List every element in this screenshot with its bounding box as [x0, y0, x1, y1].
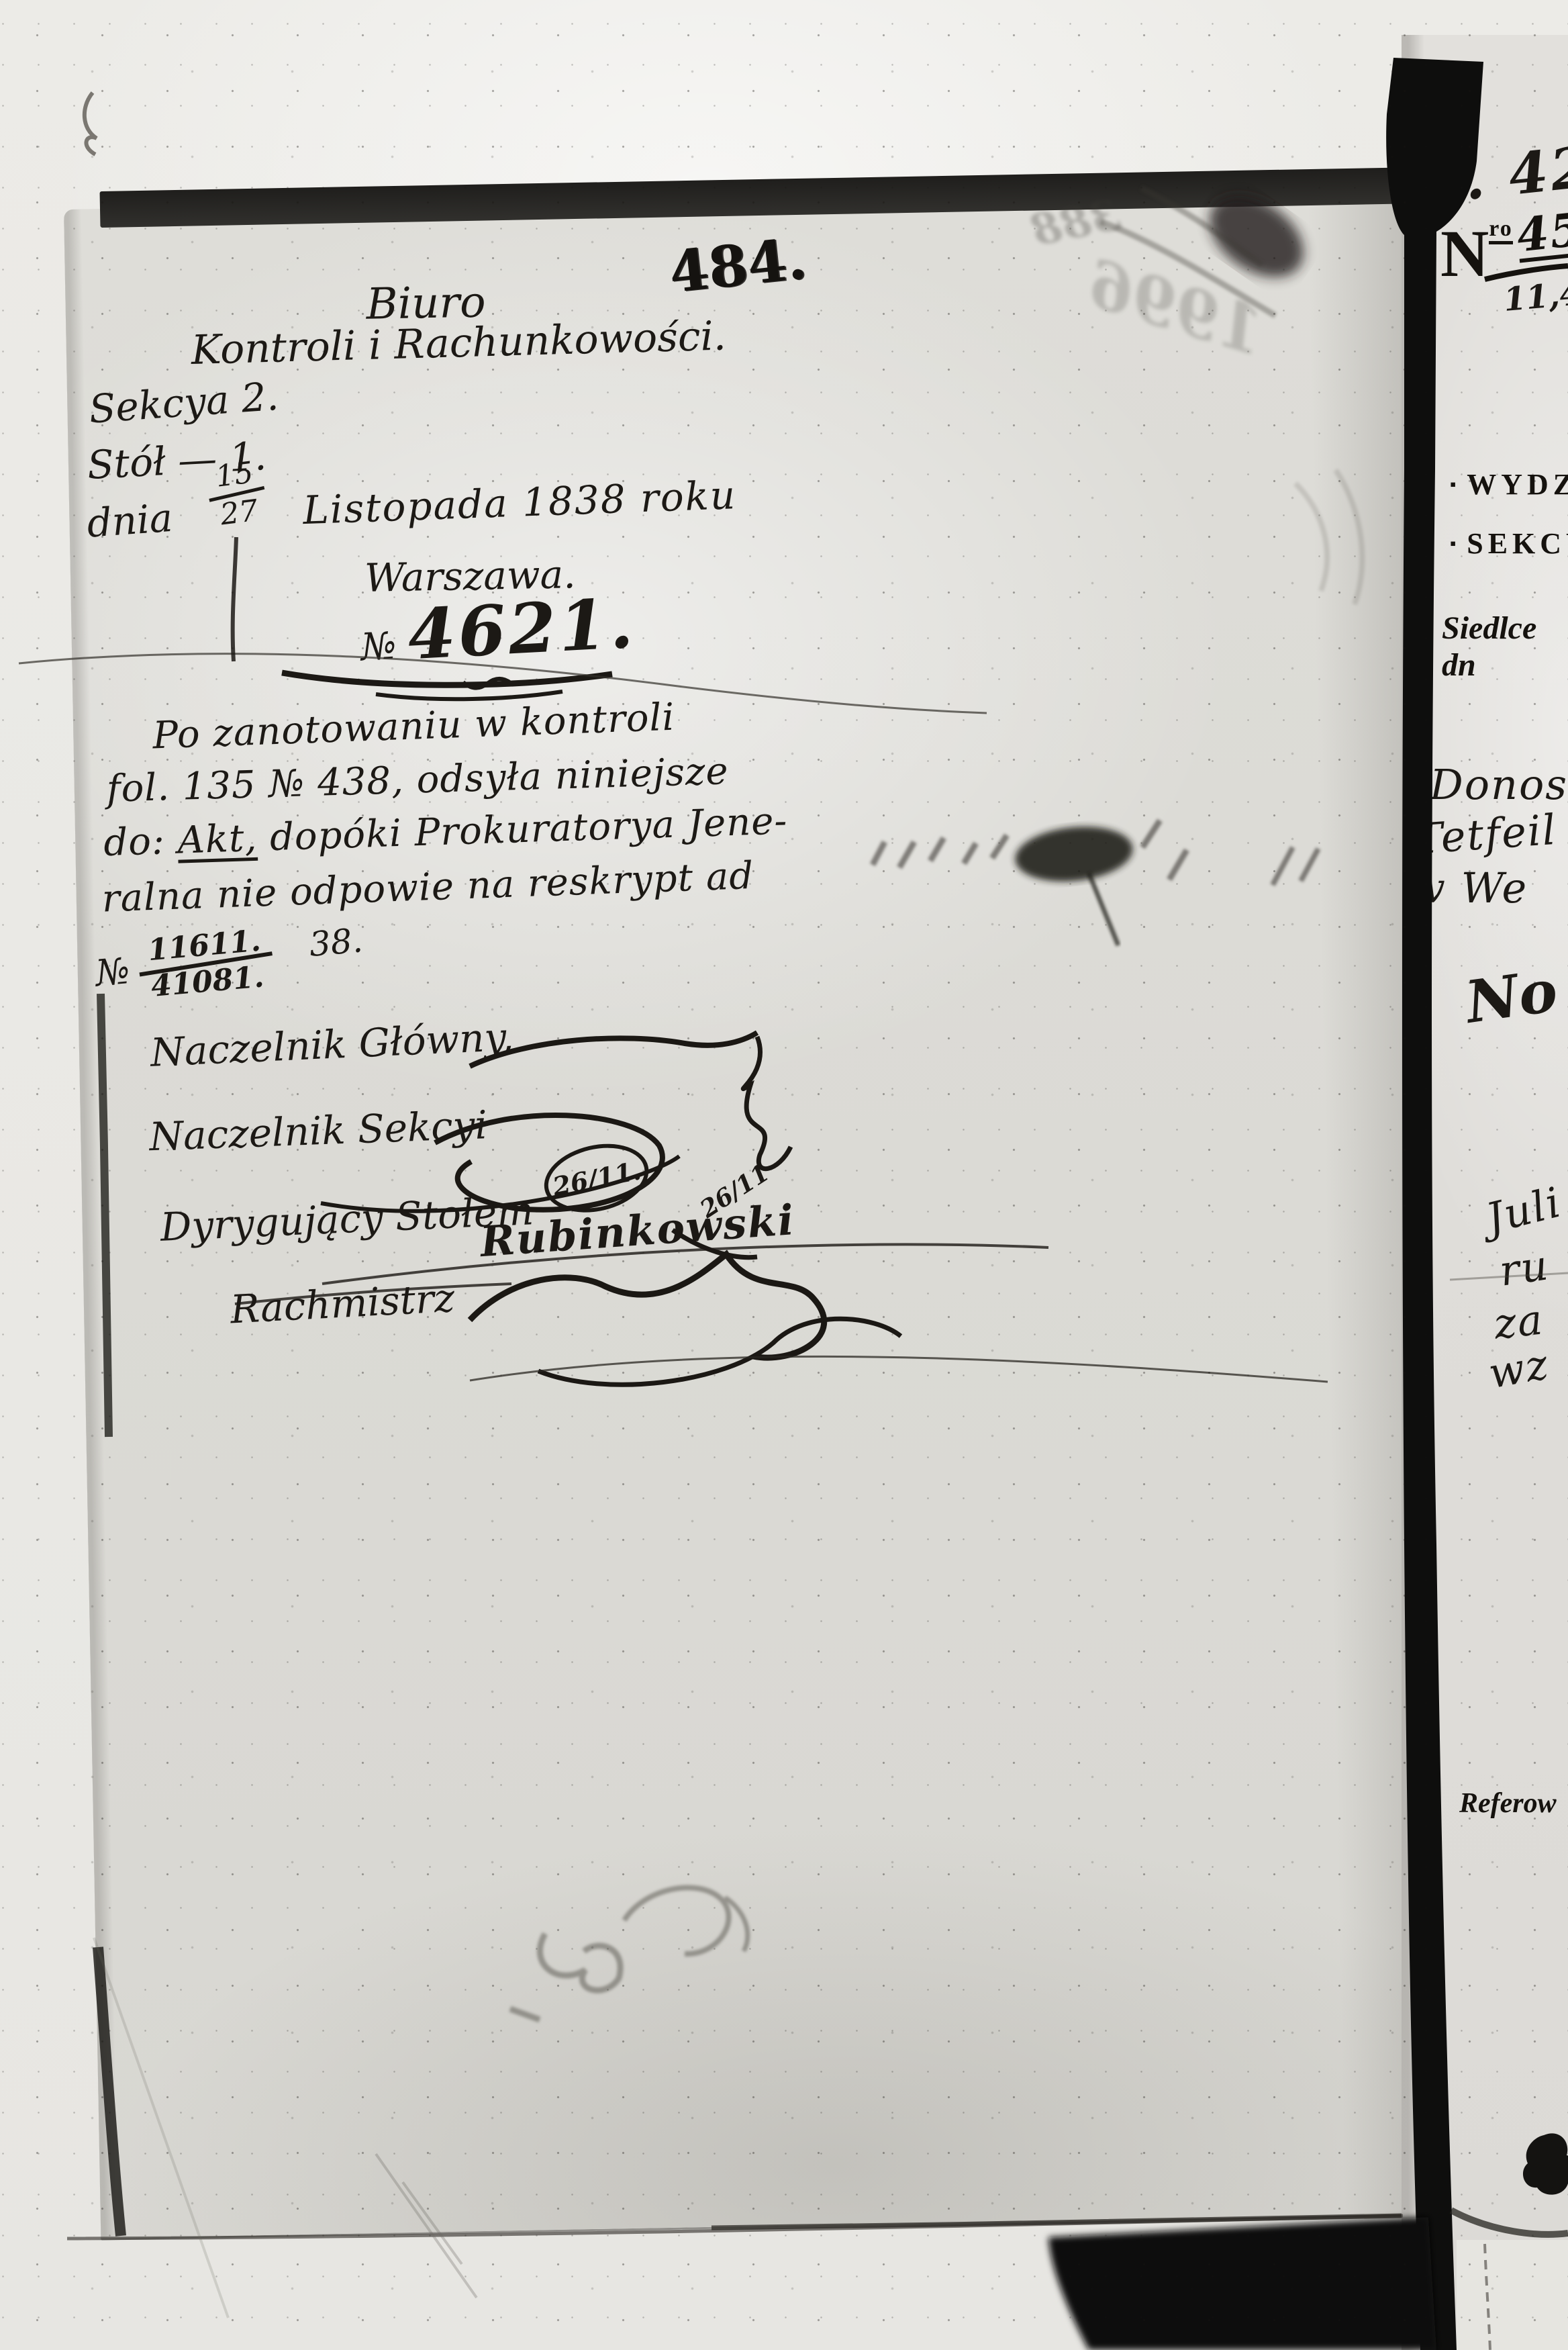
body-line-3-prefix: do: — [103, 819, 165, 865]
body-line-3-rest: dopóki Prokuratorya Jene- — [269, 799, 788, 859]
date-day-fraction: 15 27 — [205, 457, 269, 532]
right-sub-number: 11,4 — [1502, 277, 1568, 316]
signature-role-section-chief: Naczelnik Sekcyi — [148, 1105, 487, 1156]
right-handwritten-number: N. 42 — [1411, 138, 1568, 213]
right-hand-line-2: Tetfeil — [1414, 809, 1558, 861]
right-hand-big-initial: No — [1463, 962, 1561, 1032]
signature-role-chief: Naczelnik Główny, — [150, 1017, 514, 1072]
signature-role-accountant: Rachmistrz — [230, 1278, 456, 1329]
right-hand-line-7: wz — [1485, 1344, 1552, 1395]
body-line-2: fol. 135 № 438, odsyła niniejsze — [106, 753, 729, 808]
ink-bleedthrough-mark: 1996 — [1079, 245, 1273, 370]
right-hand-line-4: Juli — [1482, 1181, 1565, 1239]
corner-pen-mark — [85, 93, 97, 154]
printed-number-digits: 453 — [1514, 203, 1568, 263]
scanned-document: 484. Biuro Kontroli i Rachunkowości. Sek… — [0, 0, 1568, 2350]
date-day-new-style: 27 — [219, 496, 260, 530]
right-page-partial: N. 42 Nro453 11,4 ▪ WYDZ ▪ SEKCY Siedlce… — [1402, 35, 1568, 2350]
body-line-4: ralna nie odpowie na reskrypt ad — [101, 857, 754, 919]
right-hand-line-5: ru — [1497, 1244, 1551, 1292]
reference-number-prefix: № — [94, 953, 132, 992]
right-dept-row: ▪ WYDZ — [1450, 470, 1568, 500]
referral-label: Referow — [1459, 1787, 1557, 1820]
dept-label: WYDZ — [1467, 470, 1568, 500]
date-month-year: Listopada 1838 roku — [302, 475, 737, 530]
section-label: SEKCY — [1467, 529, 1568, 559]
document-number: № 4621. — [358, 589, 637, 672]
oval-date-value: 26/11. — [550, 1155, 643, 1202]
printed-number-letter: N — [1440, 216, 1489, 291]
body-line-3-underlined-word: Akt, — [177, 816, 258, 863]
right-hand-line-1: Donos — [1430, 764, 1568, 806]
date-prefix: dnia — [86, 498, 174, 543]
date-day-old-style: 15 — [214, 458, 255, 492]
right-hand-line-6: za — [1492, 1299, 1546, 1345]
bottom-shadow — [1048, 2217, 1436, 2350]
place-date-label: Siedlce dn — [1442, 610, 1568, 684]
right-printed-number: Nro453 — [1440, 208, 1568, 287]
document-number-prefix: № — [360, 627, 397, 672]
office-name-line2: Kontroli i Rachunkowości. — [191, 316, 726, 371]
page-top-binding-band — [100, 167, 1404, 228]
left-page: 484. Biuro Kontroli i Rachunkowości. Sek… — [64, 185, 1438, 2238]
reference-year: 38. — [308, 923, 364, 961]
square-bullet-icon: ▪ — [1450, 535, 1456, 553]
body-line-1: Po zanotowaniu w kontroli — [152, 699, 675, 755]
reference-number-line: № 11611. 41081. 38. — [93, 917, 366, 1006]
right-hand-line-3: w We — [1410, 867, 1528, 909]
folio-number: 484. — [667, 230, 809, 301]
document-number-value: 4621. — [406, 589, 637, 669]
right-section-row: ▪ SEKCY — [1450, 529, 1568, 559]
body-line-3: do: Akt, dopóki Prokuratorya Jene- — [103, 802, 788, 862]
reference-number-fraction: 11611. 41081. — [136, 925, 276, 1002]
printed-number-superscript: ro — [1489, 216, 1512, 244]
section-line: Sekcya 2. — [88, 377, 280, 429]
square-bullet-icon: ▪ — [1450, 476, 1456, 493]
